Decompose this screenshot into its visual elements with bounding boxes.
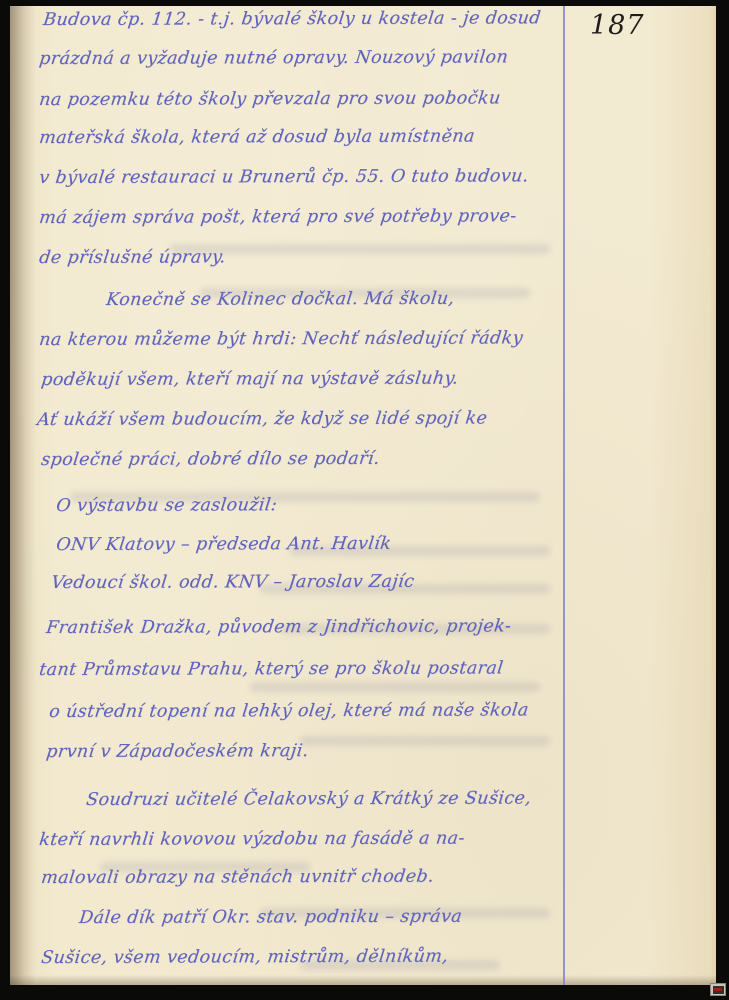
handwritten-line: na pozemku této školy převzala pro svou … — [38, 88, 502, 110]
handwritten-line: poděkují všem, kteří mají na výstavě zás… — [40, 369, 460, 390]
ink-bleed — [250, 682, 540, 692]
ink-bleed — [170, 244, 550, 254]
handwritten-line: O výstavbu se zasloužil: — [55, 495, 278, 516]
handwritten-line: Dále dík patří Okr. stav. podniku – sprá… — [78, 907, 463, 928]
handwritten-line: má zájem správa pošt, která pro své potř… — [38, 206, 518, 228]
handwritten-line: ONV Klatovy – předseda Ant. Havlík — [55, 534, 392, 555]
handwritten-line: tant Průmstavu Prahu, který se pro školu… — [38, 658, 504, 680]
page-number: 187 — [590, 10, 645, 41]
handwritten-line: Sušice, všem vedoucím, mistrům, dělníkům… — [40, 947, 449, 968]
handwritten-line: prázdná a vyžaduje nutné opravy. Nouzový… — [38, 47, 509, 69]
handwritten-line: v bývalé restauraci u Brunerů čp. 55. O … — [38, 166, 530, 188]
handwritten-line: o ústřední topení na lehký olej, které m… — [48, 700, 530, 722]
minimize-icon-inner — [713, 986, 724, 994]
handwritten-line: Soudruzi učitelé Čelakovský a Krátký ze … — [85, 788, 532, 810]
minimize-icon-bar — [714, 988, 722, 991]
bottom-shadow — [10, 975, 716, 985]
handwritten-line: Ať ukáží všem budoucím, že když se lidé … — [36, 408, 488, 430]
margin-line — [563, 6, 565, 985]
binding-shadow — [10, 6, 36, 985]
handwritten-line: de příslušné úpravy. — [38, 247, 227, 268]
handwritten-line: Vedoucí škol. odd. KNV – Jaroslav Zajíc — [50, 572, 416, 593]
handwritten-line: mateřská škola, která až dosud byla umís… — [38, 126, 476, 148]
handwritten-line: Budova čp. 112. - t.j. bývalé školy u ko… — [42, 8, 542, 30]
handwritten-line: společné práci, dobré dílo se podaří. — [40, 449, 381, 470]
minimize-icon[interactable] — [710, 983, 726, 996]
ink-bleed — [300, 736, 550, 746]
handwritten-line: Konečně se Kolinec dočkal. Má školu, — [105, 289, 456, 310]
handwritten-line: malovali obrazy na stěnách uvnitř chodeb… — [40, 867, 435, 888]
handwritten-line: kteří navrhli kovovou výzdobu na fasádě … — [38, 829, 466, 850]
handwritten-line: František Dražka, původem z Jindřichovic… — [45, 616, 512, 638]
handwritten-line: na kterou můžeme být hrdi: Nechť následu… — [38, 328, 524, 350]
scanned-page: 187 Budova čp. 112. - t.j. bývalé školy … — [0, 0, 729, 1000]
handwritten-line: první v Západočeském kraji. — [45, 741, 310, 762]
paper: 187 Budova čp. 112. - t.j. bývalé školy … — [10, 6, 716, 985]
